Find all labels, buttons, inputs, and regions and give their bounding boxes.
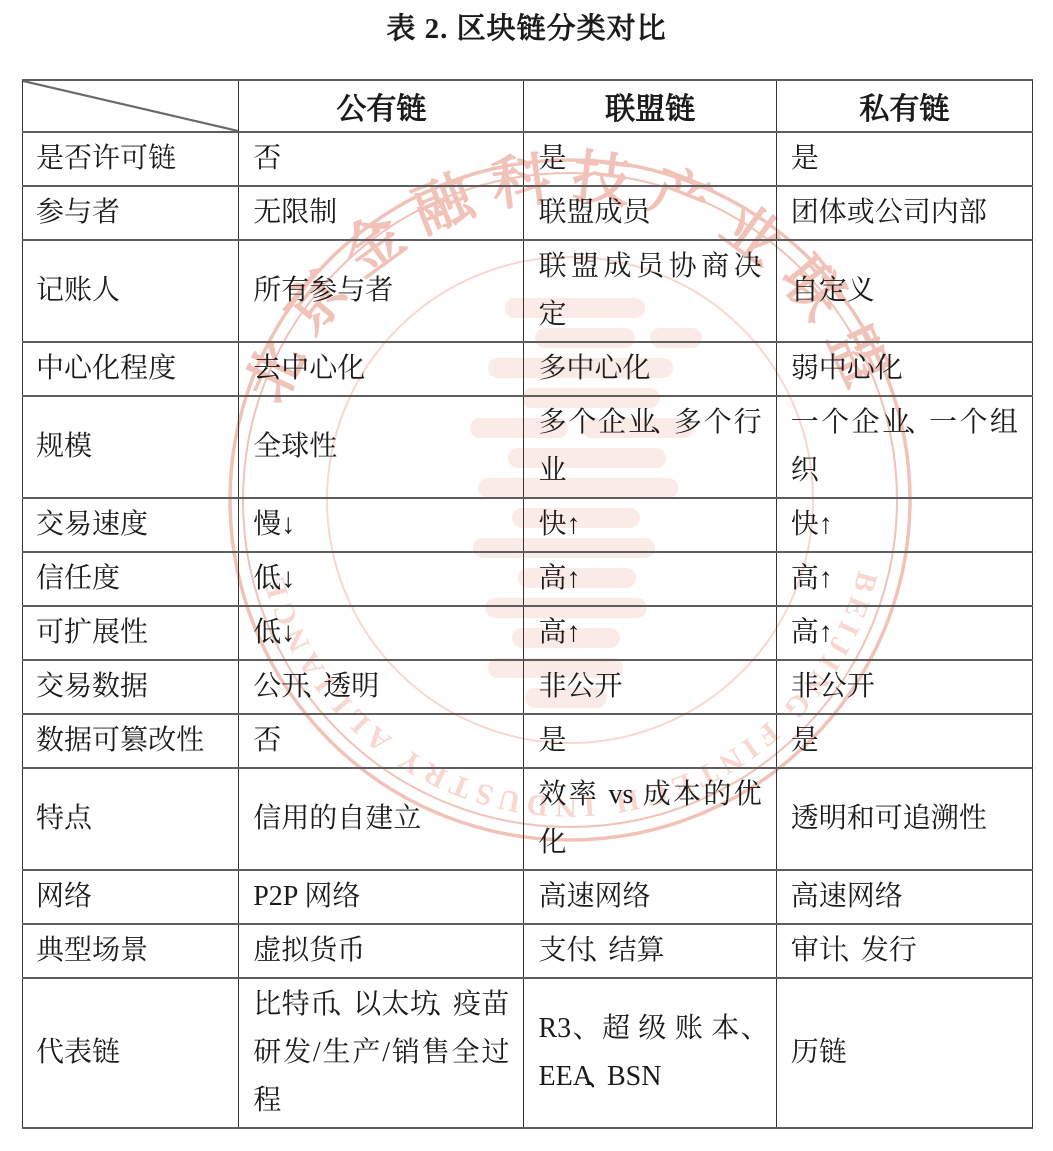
table-cell: 慢↓ <box>239 498 524 552</box>
diagonal-line-icon <box>23 81 238 131</box>
page-title: 表 2. 区块链分类对比 <box>22 10 1031 48</box>
table-cell: 否 <box>239 132 524 186</box>
table-cell: 效率 vs 成本的优化 <box>524 768 776 870</box>
table-row: 规模全球性多个企业、多个行业一个企业、一个组织 <box>23 396 1033 498</box>
table-cell: P2P 网络 <box>239 870 524 924</box>
table-body: 是否许可链否是是参与者无限制联盟成员团体或公司内部记账人所有参与者联盟成员协商决… <box>23 132 1033 1128</box>
header-corner-cell <box>23 80 239 132</box>
table-cell: 是 <box>776 132 1032 186</box>
row-label: 交易速度 <box>23 498 239 552</box>
cell-line: 织 <box>791 447 1018 495</box>
cell-line: 化 <box>538 819 761 867</box>
table-cell: 非公开 <box>776 660 1032 714</box>
cell-line: 业 <box>538 447 761 495</box>
document-page: 表 2. 区块链分类对比 公有链 联盟链 私有链 是否许可链否是是参与者无限制联… <box>0 10 1053 1129</box>
cjk-punctuation: 、 <box>332 989 360 1020</box>
table-row: 数据可篡改性否是是 <box>23 714 1033 768</box>
cjk-punctuation: 、 <box>564 1013 609 1044</box>
table-cell: 联盟成员 <box>524 186 776 240</box>
table-cell: 快↑ <box>524 498 776 552</box>
cjk-punctuation: 、 <box>588 935 616 966</box>
row-label: 特点 <box>23 768 239 870</box>
cjk-punctuation: 、 <box>651 407 681 438</box>
table-cell: 是 <box>776 714 1032 768</box>
cell-line: R3、超级账本、 <box>538 1005 761 1053</box>
row-label: 记账人 <box>23 240 239 342</box>
table-cell: 高↑ <box>776 552 1032 606</box>
table-cell: 无限制 <box>239 186 524 240</box>
row-label: 交易数据 <box>23 660 239 714</box>
cjk-punctuation: 、 <box>906 407 936 438</box>
table-cell: 高速网络 <box>524 870 776 924</box>
table-cell: 高↑ <box>524 552 776 606</box>
row-label: 是否许可链 <box>23 132 239 186</box>
table-cell: 是 <box>524 132 776 186</box>
table-cell: 低↓ <box>239 606 524 660</box>
table-row: 特点信用的自建立效率 vs 成本的优化透明和可追溯性 <box>23 768 1033 870</box>
cell-line: 程 <box>253 1077 509 1125</box>
column-header-consortium-chain: 联盟链 <box>524 80 776 132</box>
cjk-punctuation: 、 <box>840 935 868 966</box>
table-cell: 高速网络 <box>776 870 1032 924</box>
table-cell: 比特币、以太坊、疫苗研发/生产/销售全过程 <box>239 978 524 1128</box>
table-cell: 团体或公司内部 <box>776 186 1032 240</box>
cell-line: 效率 vs 成本的优 <box>538 771 761 819</box>
table-row: 交易速度慢↓快↑快↑ <box>23 498 1033 552</box>
row-label: 代表链 <box>23 978 239 1128</box>
table-row: 可扩展性低↓高↑高↑ <box>23 606 1033 660</box>
cell-line: 比特币、以太坊、疫苗 <box>253 981 509 1029</box>
table-cell: 弱中心化 <box>776 342 1032 396</box>
table-cell: 透明和可追溯性 <box>776 768 1032 870</box>
cell-line: 研发/生产/销售全过 <box>253 1029 509 1077</box>
cell-line: EEA、BSN <box>538 1053 761 1101</box>
table-cell: R3、超级账本、EEA、BSN <box>524 978 776 1128</box>
cell-line: 一个企业、一个组 <box>791 399 1018 447</box>
cjk-punctuation: 、 <box>431 989 459 1020</box>
cjk-punctuation: 、 <box>302 671 330 702</box>
column-header-public-chain: 公有链 <box>239 80 524 132</box>
table-cell: 否 <box>239 714 524 768</box>
table-row: 信任度低↓高↑高↑ <box>23 552 1033 606</box>
table-cell: 高↑ <box>776 606 1032 660</box>
table-row: 是否许可链否是是 <box>23 132 1033 186</box>
table-row: 参与者无限制联盟成员团体或公司内部 <box>23 186 1033 240</box>
row-label: 数据可篡改性 <box>23 714 239 768</box>
table-cell: 一个企业、一个组织 <box>776 396 1032 498</box>
table-cell: 快↑ <box>776 498 1032 552</box>
table-row: 代表链比特币、以太坊、疫苗研发/生产/销售全过程R3、超级账本、EEA、BSN历… <box>23 978 1033 1128</box>
table-cell: 低↓ <box>239 552 524 606</box>
header-row: 公有链 联盟链 私有链 <box>23 80 1033 132</box>
table-row: 记账人所有参与者联盟成员协商决定自定义 <box>23 240 1033 342</box>
cell-line: 多个企业、多个行 <box>538 399 761 447</box>
table-row: 中心化程度去中心化多中心化弱中心化 <box>23 342 1033 396</box>
comparison-table: 公有链 联盟链 私有链 是否许可链否是是参与者无限制联盟成员团体或公司内部记账人… <box>22 79 1033 1129</box>
row-label: 信任度 <box>23 552 239 606</box>
table-cell: 去中心化 <box>239 342 524 396</box>
table-cell: 审计、发行 <box>776 924 1032 978</box>
table-cell: 联盟成员协商决定 <box>524 240 776 342</box>
cjk-punctuation: 、 <box>586 1061 614 1092</box>
cell-line: 联盟成员协商决 <box>538 243 761 291</box>
column-header-private-chain: 私有链 <box>776 80 1032 132</box>
table-cell: 高↑ <box>524 606 776 660</box>
table-cell: 全球性 <box>239 396 524 498</box>
cjk-punctuation: 、 <box>741 1013 769 1044</box>
table-cell: 多中心化 <box>524 342 776 396</box>
row-label: 规模 <box>23 396 239 498</box>
table-cell: 所有参与者 <box>239 240 524 342</box>
table-cell: 公开、透明 <box>239 660 524 714</box>
table-cell: 非公开 <box>524 660 776 714</box>
table-cell: 自定义 <box>776 240 1032 342</box>
table-row: 网络P2P 网络高速网络高速网络 <box>23 870 1033 924</box>
row-label: 典型场景 <box>23 924 239 978</box>
table-cell: 信用的自建立 <box>239 768 524 870</box>
table-row: 交易数据公开、透明非公开非公开 <box>23 660 1033 714</box>
row-label: 网络 <box>23 870 239 924</box>
table-cell: 多个企业、多个行业 <box>524 396 776 498</box>
table-row: 典型场景虚拟货币支付、结算审计、发行 <box>23 924 1033 978</box>
table-cell: 支付、结算 <box>524 924 776 978</box>
cell-line: 定 <box>538 291 761 339</box>
table-cell: 虚拟货币 <box>239 924 524 978</box>
table-cell: 历链 <box>776 978 1032 1128</box>
row-label: 参与者 <box>23 186 239 240</box>
row-label: 可扩展性 <box>23 606 239 660</box>
row-label: 中心化程度 <box>23 342 239 396</box>
table-cell: 是 <box>524 714 776 768</box>
